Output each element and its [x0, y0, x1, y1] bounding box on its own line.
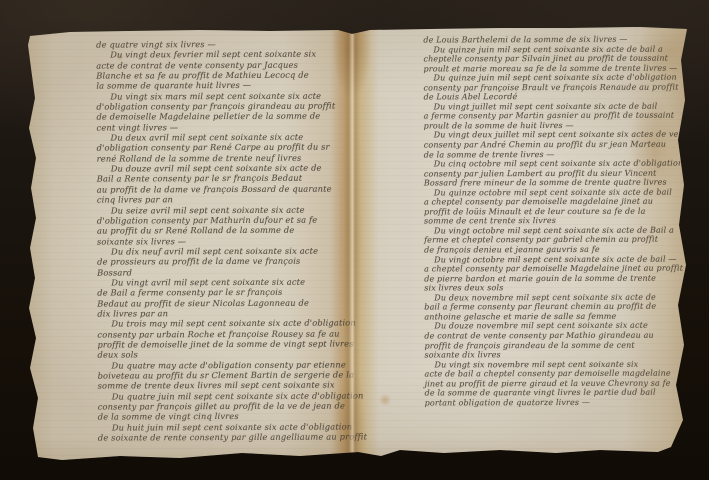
scan-background: de quatre vingt six livres —Du vingt deu… — [0, 0, 709, 480]
right-page-text: de Louis Barthelemi de la somme de six l… — [423, 35, 690, 408]
manuscript-text-line: portant obligation de quatorze livres — — [425, 397, 691, 407]
left-page-text: de quatre vingt six livres —Du vingt deu… — [96, 38, 360, 443]
manuscript-text-line: de soixante de rente consenty par gille … — [98, 431, 360, 442]
center-fold-crease — [344, 28, 360, 456]
manuscript-sheet: de quatre vingt six livres —Du vingt deu… — [0, 0, 709, 480]
